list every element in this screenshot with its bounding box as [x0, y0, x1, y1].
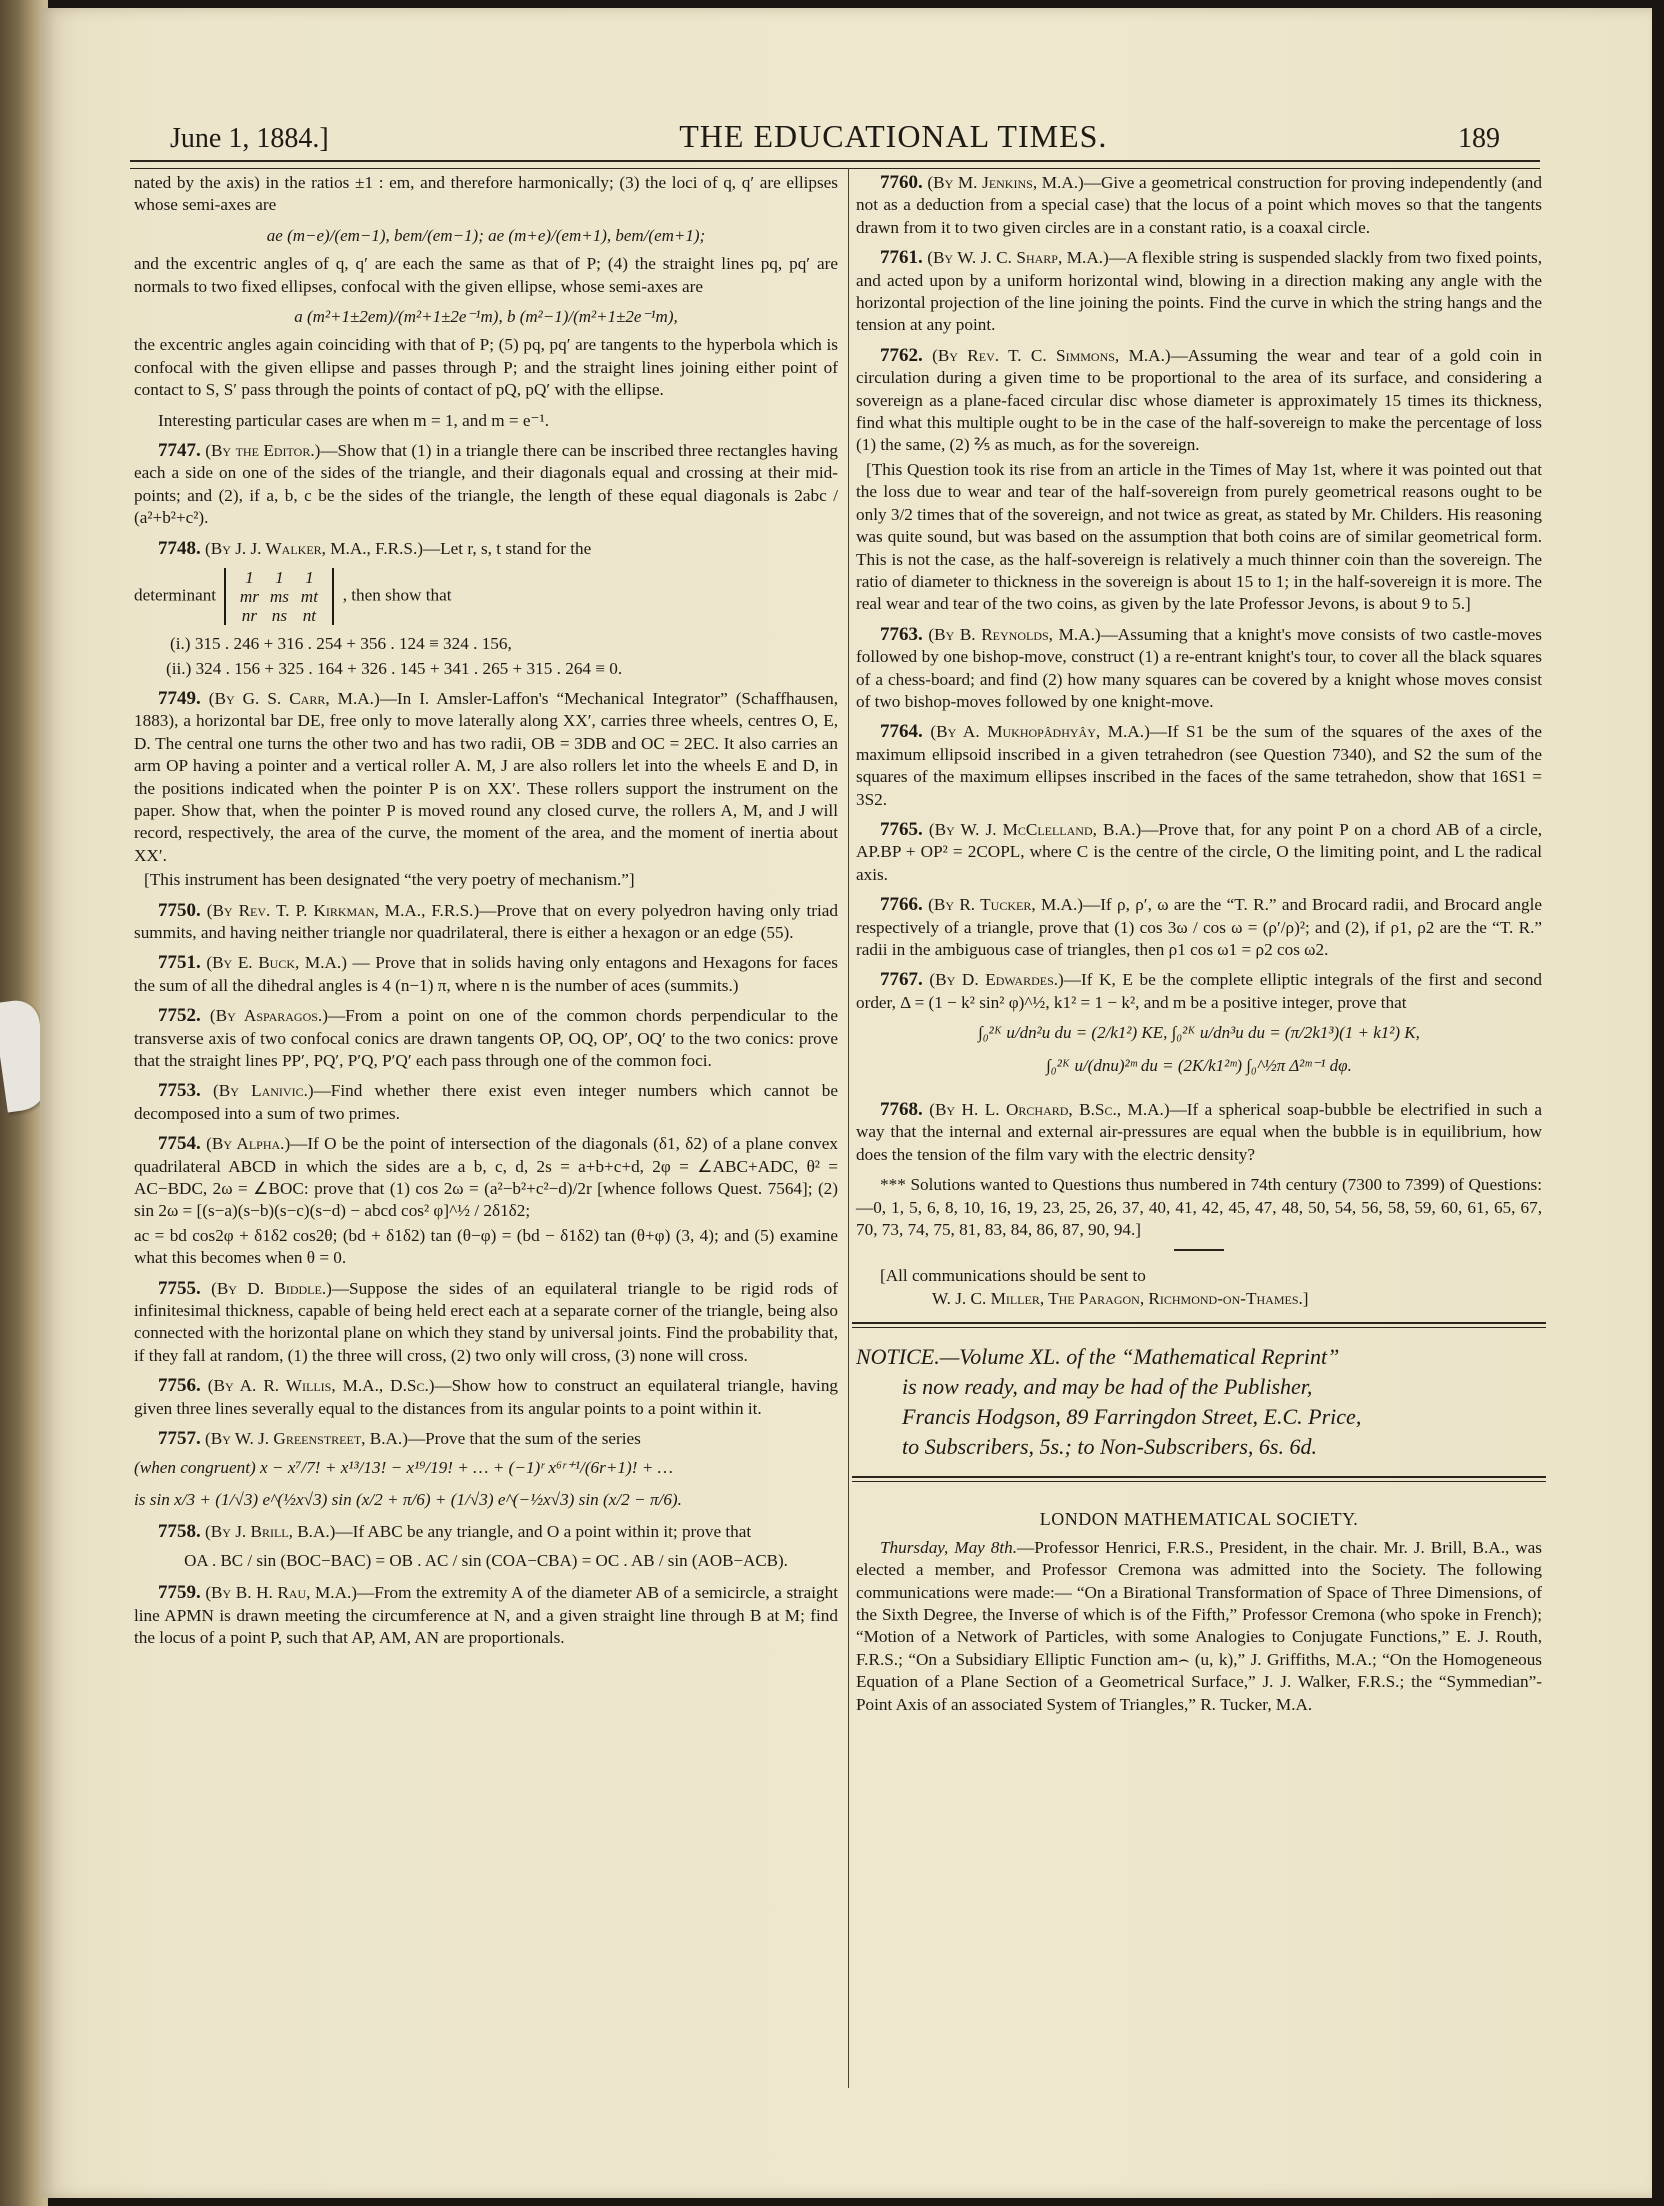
question-author: (By Alpha.) [206, 1134, 290, 1153]
short-rule [1174, 1249, 1224, 1251]
header-rule [130, 160, 1540, 169]
formula-semi-axes: ae (m−e)/(em−1), bem/(em−1); ae (m+e)/(e… [134, 225, 838, 247]
question-7767: 7767. (By D. Edwardes.)—If K, E be the c… [856, 969, 1542, 1014]
question-number: 7767. [880, 969, 923, 990]
question-7752: 7752. (By Asparagos.)—From a point on on… [134, 1005, 838, 1072]
question-7758: 7758. (By J. Brill, B.A.)—If ABC be any … [134, 1521, 838, 1543]
question-7759: 7759. (By B. H. Rau, M.A.)—From the extr… [134, 1582, 838, 1649]
question-author: (By R. Tucker, M.A.) [928, 895, 1083, 914]
question-author: (By Lanivic.) [213, 1081, 314, 1100]
meeting-text: —Professor Henrici, F.R.S., President, i… [856, 1538, 1542, 1714]
question-number: 7748. [158, 538, 201, 559]
question-number: 7768. [880, 1099, 923, 1120]
question-number: 7766. [880, 894, 923, 915]
question-7760: 7760. (By M. Jenkins, M.A.)—Give a geome… [856, 172, 1542, 239]
integral-formula-2: ∫₀²ᴷ u/(dnu)²ᵐ du = (2K/k1²ᵐ) ∫₀^½π Δ²ᵐ⁻… [856, 1055, 1542, 1077]
notice-line-3: Francis Hodgson, 89 Farringdon Street, E… [856, 1402, 1542, 1432]
right-column: 7760. (By M. Jenkins, M.A.)—Give a geome… [856, 172, 1542, 1724]
issue-date: June 1, 1884.] [170, 123, 329, 155]
identity-ii: (ii.) 324 . 156 + 325 . 164 + 326 . 145 … [134, 658, 838, 680]
det-cell: mt [294, 587, 324, 606]
question-7768: 7768. (By H. L. Orchard, B.Sc., M.A.)—If… [856, 1099, 1542, 1166]
communications-line-1: [All communications should be sent to [856, 1265, 1542, 1287]
question-number: 7750. [158, 900, 201, 921]
question-author: (By H. L. Orchard, B.Sc., M.A.) [929, 1100, 1169, 1119]
question-7754: 7754. (By Alpha.)—If O be the point of i… [134, 1133, 838, 1223]
question-7763: 7763. (By B. Reynolds, M.A.)—Assuming th… [856, 624, 1542, 714]
question-author: (By the Editor.) [205, 441, 320, 460]
series-formula: (when congruent) x − x⁷/7! + x¹³/13! − x… [134, 1457, 838, 1479]
section-rule [852, 1322, 1546, 1328]
society-report: Thursday, May 8th.—Professor Henrici, F.… [856, 1537, 1542, 1716]
question-author: (By A. R. Willis, M.A., D.Sc.) [208, 1376, 435, 1395]
question-author: (By G. S. Carr, M.A.) [209, 689, 380, 708]
det-cell: nr [234, 606, 264, 625]
question-author: (By D. Edwardes.) [929, 970, 1063, 989]
question-7751: 7751. (By E. Buck, M.A.) — Prove that in… [134, 952, 838, 997]
question-7761: 7761. (By W. J. C. Sharp, M.A.)—A flexib… [856, 247, 1542, 337]
publication-title: THE EDUCATIONAL TIMES. [679, 118, 1107, 155]
det-cell: 1 [264, 568, 294, 587]
question-author: (By W. J. C. Sharp, M.A.) [927, 248, 1109, 267]
question-author: (By J. J. Walker, M.A., F.R.S.) [205, 539, 423, 558]
question-number: 7757. [158, 1428, 201, 1449]
question-7757: 7757. (By W. J. Greenstreet, B.A.)—Prove… [134, 1428, 838, 1450]
question-number: 7764. [880, 721, 923, 742]
question-7753: 7753. (By Lanivic.)—Find whether there e… [134, 1080, 838, 1125]
intro-text: nated by the axis) in the ratios ±1 : em… [134, 172, 838, 217]
question-number: 7747. [158, 440, 201, 461]
determinant-matrix: 111 mrmsmt nrnsnt [224, 568, 334, 625]
question-author: (By A. Mukhopâdhyây, M.A.) [930, 722, 1149, 741]
column-divider [848, 168, 849, 2088]
question-author: (By Rev. T. C. Simmons, M.A.) [932, 346, 1171, 365]
left-column: nated by the axis) in the ratios ±1 : em… [134, 172, 838, 1657]
question-author: (By M. Jenkins, M.A.) [927, 173, 1083, 192]
question-number: 7751. [158, 952, 201, 973]
question-7755: 7755. (By D. Biddle.)—Suppose the sides … [134, 1278, 838, 1368]
question-text: —Let r, s, t stand for the [423, 539, 591, 558]
question-author: (By W. J. Greenstreet, B.A.) [205, 1429, 408, 1448]
det-cell: ns [264, 606, 294, 625]
question-7765: 7765. (By W. J. McClelland, B.A.)—Prove … [856, 819, 1542, 886]
question-author: (By W. J. McClelland, B.A.) [929, 820, 1141, 839]
question-author: (By E. Buck, M.A.) [206, 953, 347, 972]
question-7762: 7762. (By Rev. T. C. Simmons, M.A.)—Assu… [856, 345, 1542, 457]
question-7756: 7756. (By A. R. Willis, M.A., D.Sc.)—Sho… [134, 1375, 838, 1420]
question-7762-note: [This Question took its rise from an art… [856, 459, 1542, 616]
meeting-date: Thursday, May 8th. [880, 1538, 1017, 1557]
det-cell: 1 [294, 568, 324, 587]
society-heading: LONDON MATHEMATICAL SOCIETY. [856, 1508, 1542, 1530]
intro-text-4: Interesting particular cases are when m … [134, 410, 838, 432]
sine-ratio-formula: OA . BC / sin (BOC−BAC) = OB . AC / sin … [134, 1550, 838, 1572]
question-number: 7749. [158, 688, 201, 709]
question-author: (By B. H. Rau, M.A.) [205, 1583, 357, 1602]
question-number: 7765. [880, 819, 923, 840]
det-cell: nt [294, 606, 324, 625]
determinant-after: , then show that [343, 586, 452, 605]
solutions-wanted-note: *** Solutions wanted to Questions thus n… [856, 1174, 1542, 1241]
formula-confocal-axes: a (m²+1±2em)/(m²+1±2e⁻¹m), b (m²−1)/(m²+… [134, 306, 838, 328]
question-number: 7755. [158, 1278, 201, 1299]
determinant-line: determinant 111 mrmsmt nrnsnt , then sho… [134, 568, 838, 625]
section-rule-2 [852, 1476, 1546, 1482]
notice-line-2: is now ready, and may be had of the Publ… [856, 1372, 1542, 1402]
question-text: —In I. Amsler-Laffon's “Mechanical Integ… [134, 689, 838, 865]
question-author: (By J. Brill, B.A.) [205, 1522, 335, 1541]
question-number: 7763. [880, 624, 923, 645]
series-sum-formula: is sin x/3 + (1/√3) e^(½x√3) sin (x/2 + … [134, 1489, 838, 1511]
question-number: 7753. [158, 1080, 201, 1101]
det-cell: ms [264, 587, 294, 606]
question-number: 7754. [158, 1133, 201, 1154]
question-7749: 7749. (By G. S. Carr, M.A.)—In I. Amsler… [134, 688, 838, 867]
question-number: 7761. [880, 247, 923, 268]
question-author: (By D. Biddle.) [211, 1279, 332, 1298]
question-number: 7759. [158, 1582, 201, 1603]
notice-line-4: to Subscribers, 5s.; to Non-Subscribers,… [856, 1432, 1542, 1462]
question-7764: 7764. (By A. Mukhopâdhyây, M.A.)—If S1 b… [856, 721, 1542, 811]
question-note: [This instrument has been designated “th… [134, 869, 838, 891]
question-7747: 7747. (By the Editor.)—Show that (1) in … [134, 440, 838, 530]
question-7754-cont: ac = bd cos2φ + δ1δ2 cos2θ; (bd + δ1δ2) … [134, 1225, 838, 1270]
det-cell: 1 [234, 568, 264, 587]
integral-formula-1: ∫₀²ᴷ u/dn²u du = (2/k1²) KE, ∫₀²ᴷ u/dn³u… [856, 1022, 1542, 1044]
question-number: 7760. [880, 172, 923, 193]
intro-text-3: the excentric angles again coinciding wi… [134, 334, 838, 401]
question-author: (By Asparagos.) [210, 1006, 328, 1025]
determinant-label: determinant [134, 586, 216, 605]
question-number: 7756. [158, 1375, 201, 1396]
question-author: (By B. Reynolds, M.A.) [928, 625, 1100, 644]
notice-block: NOTICE.—Volume XL. of the “Mathematical … [856, 1342, 1542, 1462]
question-number: 7762. [880, 345, 923, 366]
question-number: 7758. [158, 1521, 201, 1542]
det-cell: mr [234, 587, 264, 606]
intro-text-2: and the excentric angles of q, q′ are ea… [134, 253, 838, 298]
question-number: 7752. [158, 1005, 201, 1026]
communications-address: W. J. C. Miller, The Paragon, Richmond-o… [856, 1288, 1542, 1310]
page-number: 189 [1458, 123, 1500, 155]
question-author: (By Rev. T. P. Kirkman, M.A., F.R.S.) [207, 901, 479, 920]
identity-i: (i.) 315 . 246 + 316 . 254 + 356 . 124 ≡… [134, 633, 838, 655]
question-text: —If ABC be any triangle, and O a point w… [335, 1522, 751, 1541]
question-7748: 7748. (By J. J. Walker, M.A., F.R.S.)—Le… [134, 538, 838, 560]
question-7750: 7750. (By Rev. T. P. Kirkman, M.A., F.R.… [134, 900, 838, 945]
question-7766: 7766. (By R. Tucker, M.A.)—If ρ, ρ′, ω a… [856, 894, 1542, 961]
notice-line-1: NOTICE.—Volume XL. of the “Mathematical … [856, 1342, 1542, 1372]
question-text: —Prove that the sum of the series [408, 1429, 641, 1448]
